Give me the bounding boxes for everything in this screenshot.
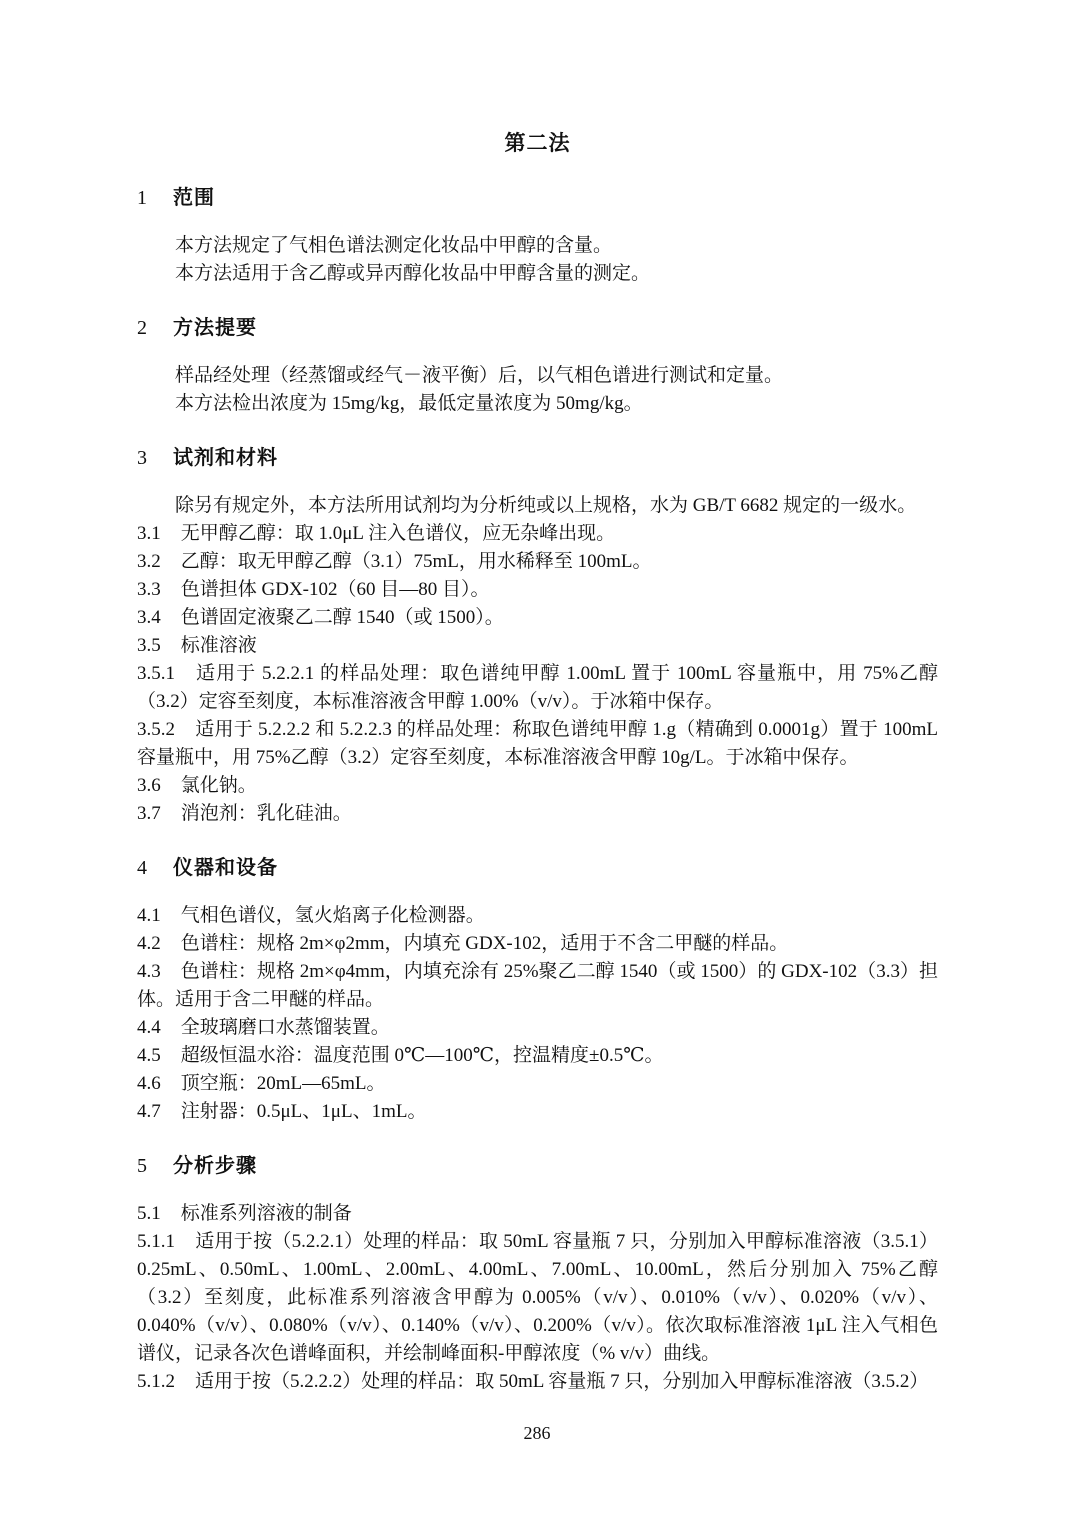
section-number: 3 [137,447,147,469]
list-item: 3.3色谱担体 GDX-102（60 目—80 目）。 [137,576,938,604]
item-number: 3.5.1 [137,663,175,684]
section-heading: 1范围 [137,184,938,212]
list-item: 4.2色谱柱：规格 2m×φ2mm，内填充 GDX-102，适用于不含二甲醚的样… [137,930,938,958]
list-item: 4.6顶空瓶：20mL—65mL。 [137,1070,938,1098]
section-heading: 3试剂和材料 [137,444,938,472]
item-text: 色谱柱：规格 2m×φ4mm，内填充涂有 25%聚乙二醇 1540（或 1500… [137,961,938,1010]
item-text: 色谱担体 GDX-102（60 目—80 目）。 [181,579,490,600]
item-number: 4.3 [137,961,161,982]
item-number: 3.7 [137,803,161,824]
paragraph: 本方法规定了气相色谱法测定化妆品中甲醇的含量。 [137,232,938,260]
list-item: 3.4色谱固定液聚乙二醇 1540（或 1500）。 [137,604,938,632]
item-text: 顶空瓶：20mL—65mL。 [181,1073,386,1094]
section-analysis-procedure: 5分析步骤 5.1标准系列溶液的制备 5.1.1适用于按（5.2.2.1）处理的… [137,1152,938,1396]
document-page: 第二法 1范围 本方法规定了气相色谱法测定化妆品中甲醇的含量。 本方法适用于含乙… [0,0,1074,1520]
document-title: 第二法 [137,128,938,158]
section-title: 仪器和设备 [173,857,278,879]
item-text: 氯化钠。 [181,775,257,796]
item-number: 4.2 [137,933,161,954]
list-item: 5.1.2适用于按（5.2.2.2）处理的样品：取 50mL 容量瓶 7 只，分… [137,1368,938,1396]
item-text: 标准系列溶液的制备 [181,1203,352,1224]
item-number: 4.6 [137,1073,161,1094]
page-number: 286 [0,1421,1074,1445]
item-text: 无甲醇乙醇：取 1.0μL 注入色谱仪，应无杂峰出现。 [181,523,615,544]
list-item: 3.5.2适用于 5.2.2.2 和 5.2.2.3 的样品处理：称取色谱纯甲醇… [137,716,938,772]
section-heading: 4仪器和设备 [137,854,938,882]
section-instruments-equipment: 4仪器和设备 4.1气相色谱仪，氢火焰离子化检测器。 4.2色谱柱：规格 2m×… [137,854,938,1126]
item-number: 4.7 [137,1101,161,1122]
list-item: 3.6氯化钠。 [137,772,938,800]
item-text: 色谱柱：规格 2m×φ2mm，内填充 GDX-102，适用于不含二甲醚的样品。 [181,933,789,954]
item-number: 3.4 [137,607,161,628]
item-number: 3.1 [137,523,161,544]
item-text: 标准溶液 [181,635,257,656]
item-number: 3.5 [137,635,161,656]
section-number: 2 [137,317,147,339]
list-item: 3.1无甲醇乙醇：取 1.0μL 注入色谱仪，应无杂峰出现。 [137,520,938,548]
paragraph: 本方法检出浓度为 15mg/kg，最低定量浓度为 50mg/kg。 [137,390,938,418]
item-number: 4.5 [137,1045,161,1066]
item-text: 适用于 5.2.2.2 和 5.2.2.3 的样品处理：称取色谱纯甲醇 1.g（… [137,719,938,768]
section-reagents-materials: 3试剂和材料 除另有规定外，本方法所用试剂均为分析纯或以上规格，水为 GB/T … [137,444,938,828]
item-text: 气相色谱仪，氢火焰离子化检测器。 [181,905,485,926]
list-item: 5.1.1适用于按（5.2.2.1）处理的样品：取 50mL 容量瓶 7 只，分… [137,1228,938,1368]
list-item: 3.7消泡剂：乳化硅油。 [137,800,938,828]
paragraph: 除另有规定外，本方法所用试剂均为分析纯或以上规格，水为 GB/T 6682 规定… [137,492,938,520]
section-number: 1 [137,187,147,209]
item-number: 5.1 [137,1203,161,1224]
list-item: 5.1标准系列溶液的制备 [137,1200,938,1228]
section-heading: 2方法提要 [137,314,938,342]
item-number: 3.3 [137,579,161,600]
item-number: 4.4 [137,1017,161,1038]
item-number: 3.5.2 [137,719,175,740]
item-text: 乙醇：取无甲醇乙醇（3.1）75mL，用水稀释至 100mL。 [181,551,652,572]
item-text: 注射器：0.5μL、1μL、1mL。 [181,1101,427,1122]
section-heading: 5分析步骤 [137,1152,938,1180]
item-text: 超级恒温水浴：温度范围 0℃—100℃，控温精度±0.5℃。 [181,1045,664,1066]
item-text: 适用于按（5.2.2.2）处理的样品：取 50mL 容量瓶 7 只，分别加入甲醇… [195,1371,928,1392]
section-title: 范围 [173,187,215,209]
section-scope: 1范围 本方法规定了气相色谱法测定化妆品中甲醇的含量。 本方法适用于含乙醇或异丙… [137,184,938,288]
section-number: 4 [137,857,147,879]
item-number: 3.2 [137,551,161,572]
list-item: 4.7注射器：0.5μL、1μL、1mL。 [137,1098,938,1126]
item-text: 消泡剂：乳化硅油。 [181,803,352,824]
item-text: 色谱固定液聚乙二醇 1540（或 1500）。 [181,607,504,628]
item-number: 5.1.2 [137,1371,175,1392]
list-item: 3.5标准溶液 [137,632,938,660]
list-item: 4.3色谱柱：规格 2m×φ4mm，内填充涂有 25%聚乙二醇 1540（或 1… [137,958,938,1014]
item-number: 4.1 [137,905,161,926]
list-item: 4.4全玻璃磨口水蒸馏装置。 [137,1014,938,1042]
paragraph: 本方法适用于含乙醇或异丙醇化妆品中甲醇含量的测定。 [137,260,938,288]
section-title: 方法提要 [173,317,257,339]
item-text: 适用于按（5.2.2.1）处理的样品：取 50mL 容量瓶 7 只，分别加入甲醇… [137,1231,938,1364]
item-text: 适用于 5.2.2.1 的样品处理：取色谱纯甲醇 1.00mL 置于 100mL… [137,663,938,712]
list-item: 3.2乙醇：取无甲醇乙醇（3.1）75mL，用水稀释至 100mL。 [137,548,938,576]
item-number: 5.1.1 [137,1231,175,1252]
item-text: 全玻璃磨口水蒸馏装置。 [181,1017,390,1038]
section-title: 试剂和材料 [173,447,278,469]
section-number: 5 [137,1155,147,1177]
item-number: 3.6 [137,775,161,796]
paragraph: 样品经处理（经蒸馏或经气－液平衡）后，以气相色谱进行测试和定量。 [137,362,938,390]
section-method-summary: 2方法提要 样品经处理（经蒸馏或经气－液平衡）后，以气相色谱进行测试和定量。 本… [137,314,938,418]
list-item: 4.5超级恒温水浴：温度范围 0℃—100℃，控温精度±0.5℃。 [137,1042,938,1070]
list-item: 4.1气相色谱仪，氢火焰离子化检测器。 [137,902,938,930]
list-item: 3.5.1适用于 5.2.2.1 的样品处理：取色谱纯甲醇 1.00mL 置于 … [137,660,938,716]
section-title: 分析步骤 [173,1155,257,1177]
